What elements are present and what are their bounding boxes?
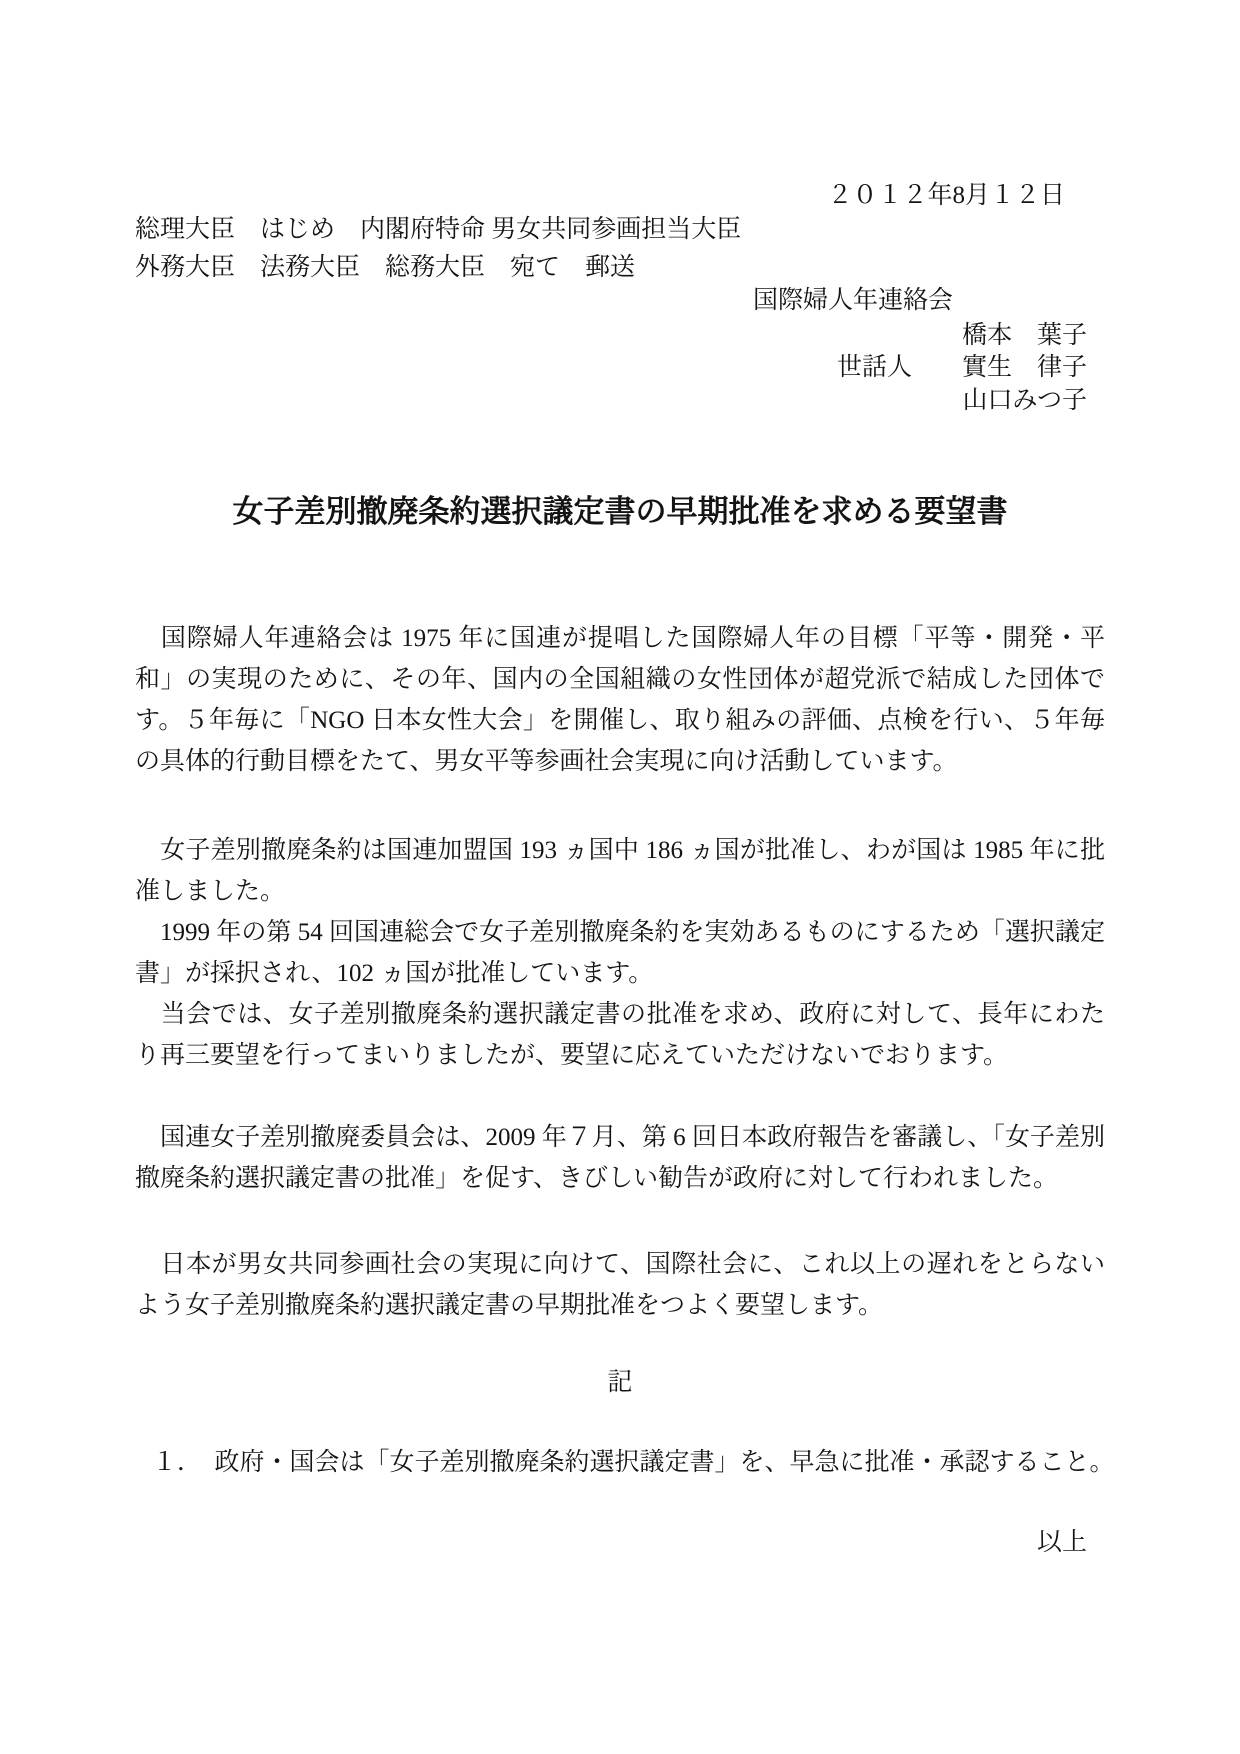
sender-role-and-name-2: 世話人 實生 律子 — [135, 351, 1105, 384]
body-paragraph-1: 国際婦人年連絡会は 1975 年に国連が提唱した国際婦人年の目標「平等・開発・平… — [135, 618, 1105, 782]
addressee-line-2: 外務大臣 法務大臣 総務大臣 宛て 郵送 — [135, 251, 1105, 284]
addressee-line-1: 総理大臣 はじめ 内閣府特命 男女共同参画担当大臣 — [135, 213, 1105, 246]
body-paragraph-4: 当会では、女子差別撤廃条約選択議定書の批准を求め、政府に対して、長年にわたり再三… — [135, 994, 1105, 1076]
sender-name-3: 山口みつ子 — [135, 384, 1105, 417]
body-paragraph-3: 1999 年の第 54 回国連総会で女子差別撤廃条約を実効あるものにするため「選… — [135, 912, 1105, 994]
body-paragraph-group: 女子差別撤廃条約は国連加盟国 193 ヵ国中 186 ヵ国が批准し、わが国は 1… — [135, 830, 1105, 1076]
body-paragraph-2: 女子差別撤廃条約は国連加盟国 193 ヵ国中 186 ヵ国が批准し、わが国は 1… — [135, 830, 1105, 912]
list-item-1: １． 政府・国会は「女子差別撤廃条約選択議定書」を、早急に批准・承認すること。 — [135, 1446, 1105, 1479]
notice-marker: 記 — [135, 1366, 1105, 1399]
closing-marker: 以上 — [135, 1526, 1105, 1559]
sender-name-1: 橋本 葉子 — [135, 319, 1105, 352]
sender-organization: 国際婦人年連絡会 — [135, 284, 1105, 317]
document-title: 女子差別撤廃条約選択議定書の早期批准を求める要望書 — [135, 492, 1105, 532]
body-paragraph-5: 国連女子差別撤廃委員会は、2009 年７月、第 6 回日本政府報告を審議し、「女… — [135, 1117, 1105, 1199]
body-paragraph-6: 日本が男女共同参画社会の実現に向けて、国際社会に、これ以上の遅れをとらないよう女… — [135, 1244, 1105, 1326]
date-line: ２０１２年8月１２日 — [135, 179, 1105, 212]
document-page: ２０１２年8月１２日 総理大臣 はじめ 内閣府特命 男女共同参画担当大臣 外務大… — [0, 0, 1240, 1754]
